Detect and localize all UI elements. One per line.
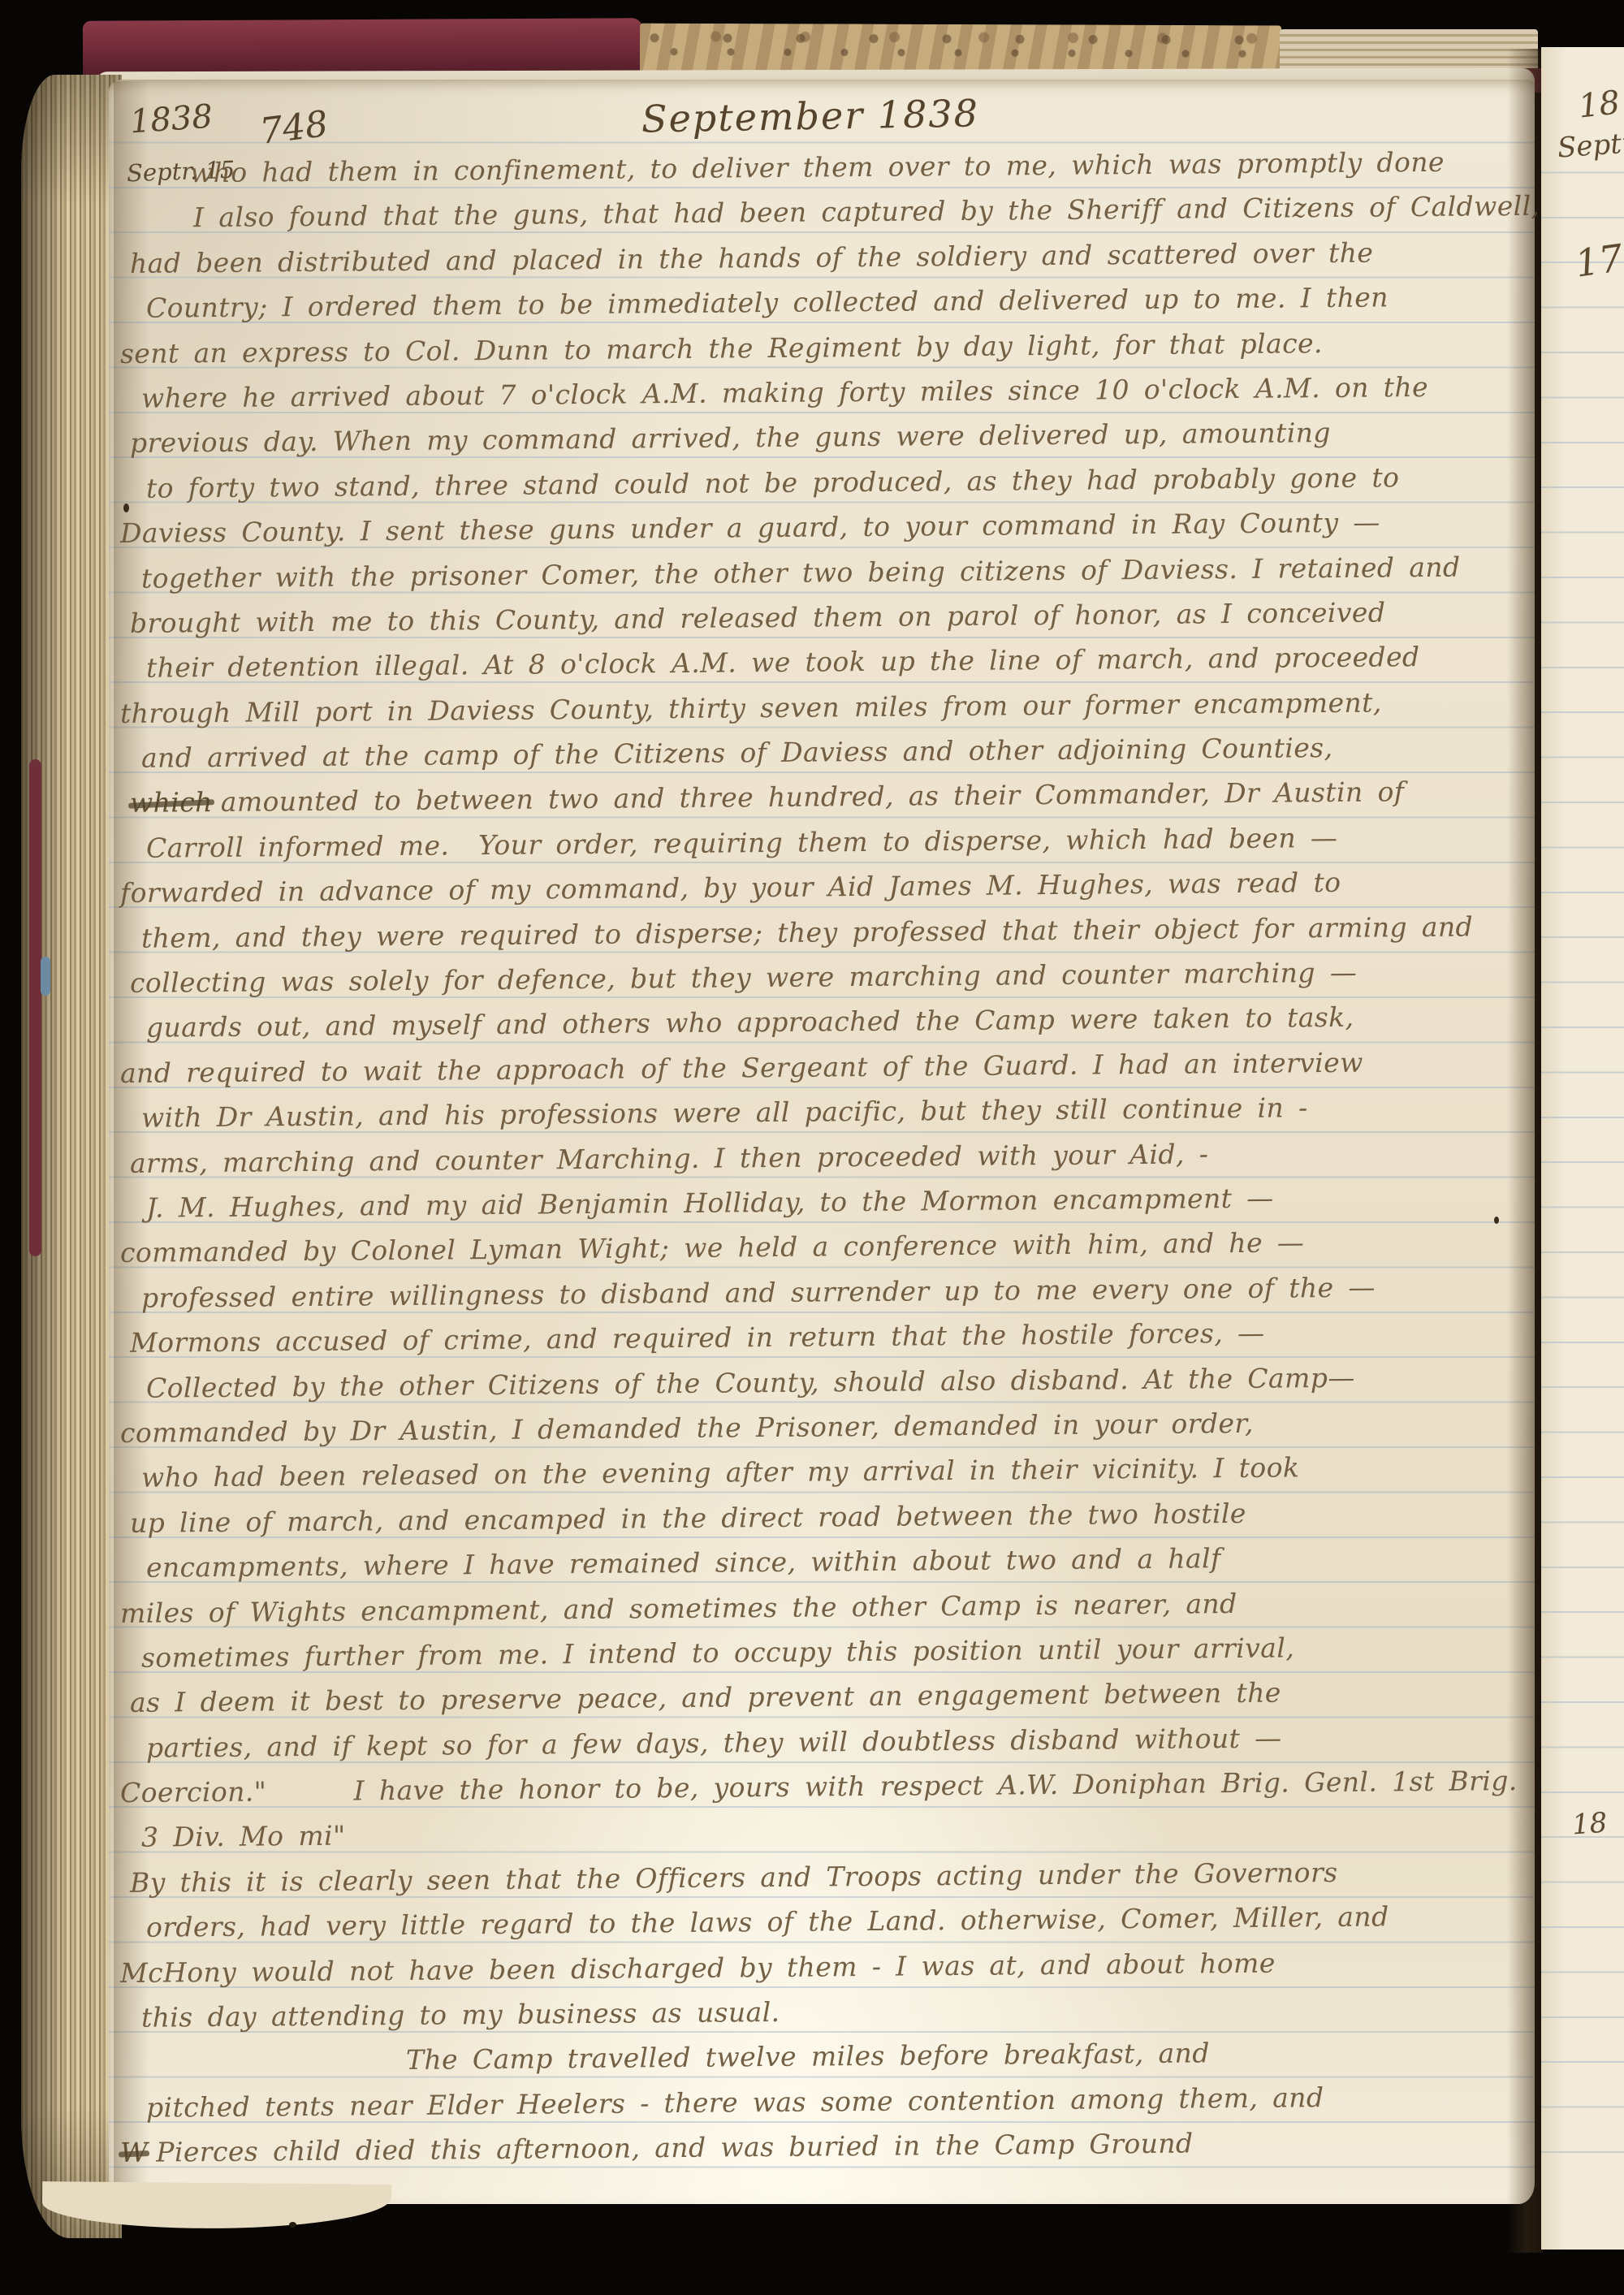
manuscript-line-text: By this it is clearly seen that the Offi… — [130, 1856, 1338, 1899]
manuscript-line-text: to forty two stand, three stand could no… — [146, 461, 1400, 504]
manuscript-line-text: sent an express to Col. Dunn to march th… — [120, 327, 1323, 370]
manuscript-line-text: and required to wait the approach of the… — [120, 1046, 1363, 1088]
manuscript-line-text: encampments, where I have remained since… — [146, 1542, 1221, 1584]
manuscript-line-text: and arrived at the camp of the Citizens … — [141, 732, 1333, 774]
manuscript-line-text: Country; I ordered them to be immediatel… — [146, 282, 1389, 324]
manuscript-line-text: McHony would not have been discharged by… — [120, 1947, 1276, 1988]
manuscript-line-text: commanded by Dr Austin, I demanded the P… — [120, 1407, 1254, 1449]
marbled-cover-band — [640, 24, 1281, 76]
ink-speck — [123, 504, 129, 512]
gutter-shadow — [1507, 49, 1543, 2253]
manuscript-line-text: The Camp travelled twelve miles before b… — [406, 2038, 1210, 2077]
manuscript-line-text: parties, and if kept so for a few days, … — [146, 1722, 1282, 1763]
facing-page-text: 18 — [1577, 84, 1622, 125]
manuscript-line-text: Pierces child died this afternoon, and w… — [156, 2128, 1193, 2168]
manuscript-line-text: I also found that the guns, that had bee… — [193, 190, 1540, 233]
manuscript-line-text: Collected by the other Citizens of the C… — [146, 1361, 1355, 1403]
manuscript-text: who had them in confinement, to deliver … — [120, 151, 1387, 2176]
manuscript-line-text: Carroll informed me. Your order, requiri… — [146, 822, 1338, 864]
manuscript-line-text: miles of Wights encampment, and sometime… — [120, 1587, 1237, 1628]
manuscript-line-text: this day attending to my business as usu… — [141, 1996, 780, 2034]
manuscript-line-text: forwarded in advance of my command, by y… — [120, 867, 1341, 909]
manuscript-line-text: Coercion." I have the honor to be, yours… — [120, 1765, 1518, 1809]
manuscript-line-text: with Dr Austin, and his professions were… — [141, 1091, 1308, 1134]
manuscript-line-text: collecting was solely for defence, but t… — [130, 957, 1357, 999]
manuscript-line-text: them, and they were required to disperse… — [141, 910, 1473, 953]
manuscript-page: 1838 748 September 1838 Septr. 15 who ha… — [109, 80, 1535, 2204]
manuscript-line-text: commanded by Colonel Lyman Wight; we hel… — [120, 1227, 1305, 1269]
manuscript-line-text: pitched tents near Elder Heelers - there… — [146, 2081, 1324, 2124]
manuscript-line-text: 3 Div. Mo mi" — [141, 1820, 346, 1853]
facing-page-text: Septr. 1 — [1557, 124, 1624, 164]
manuscript-line-text: who had them in confinement, to deliver … — [190, 146, 1445, 188]
page-number: 748 — [257, 103, 330, 153]
manuscript-line-text: Daviess County. I sent these guns under … — [120, 507, 1380, 550]
manuscript-line-text: where he arrived about 7 o'clock A.M. ma… — [141, 371, 1428, 414]
manuscript-line-text: up line of march, and encamped in the di… — [130, 1498, 1246, 1539]
manuscript-line-text: arms, marching and counter Marching. I t… — [130, 1138, 1209, 1179]
manuscript-line-text: their detention illegal. At 8 o'clock A.… — [146, 641, 1420, 684]
manuscript-line-text: orders, had very little regard to the la… — [146, 1901, 1389, 1943]
facing-page-text: 18 — [1571, 1807, 1609, 1842]
manuscript-line-text: professed entire willingness to disband … — [141, 1271, 1376, 1313]
struck-word: W — [120, 2137, 149, 2168]
manuscript-line-text: together with the prisoner Comer, the ot… — [141, 551, 1461, 594]
ink-speck — [1494, 1217, 1499, 1224]
manuscript-line-text: guards out, and myself and others who ap… — [146, 1001, 1354, 1044]
manuscript-line-text: brought with me to this County, and rele… — [130, 596, 1386, 638]
manuscript-line-text: who had been released on the evening aft… — [141, 1452, 1300, 1493]
struck-word: which — [130, 786, 213, 819]
facing-page-sliver: 18 Septr. 1 17 18 — [1541, 47, 1624, 2250]
manuscript-line-text: through Mill port in Daviess County, thi… — [120, 686, 1382, 729]
manuscript-line-text: amounted to between two and three hundre… — [221, 776, 1405, 819]
facing-ruled-lines — [1541, 128, 1624, 2159]
cover-sliver-red — [29, 759, 41, 1256]
page-title: September 1838 — [641, 91, 980, 140]
manuscript-line-text: as I deem it best to preserve peace, and… — [130, 1677, 1281, 1718]
manuscript-line-text: previous day. When my command arrived, t… — [130, 417, 1331, 459]
cover-sliver-blue — [41, 957, 50, 996]
manuscript-line-text: Mormons accused of crime, and required i… — [130, 1317, 1265, 1359]
facing-page-text: 17 — [1573, 236, 1624, 286]
header-year: 1838 — [129, 98, 214, 141]
ink-speck — [289, 2222, 296, 2228]
manuscript-line-text: J. M. Hughes, and my aid Benjamin Hollid… — [146, 1182, 1274, 1224]
manuscript-line-text: had been distributed and placed in the h… — [130, 236, 1374, 279]
manuscript-line-text: sometimes further from me. I intend to o… — [141, 1632, 1294, 1673]
scanned-book-photo: 1838 748 September 1838 Septr. 15 who ha… — [0, 0, 1624, 2295]
